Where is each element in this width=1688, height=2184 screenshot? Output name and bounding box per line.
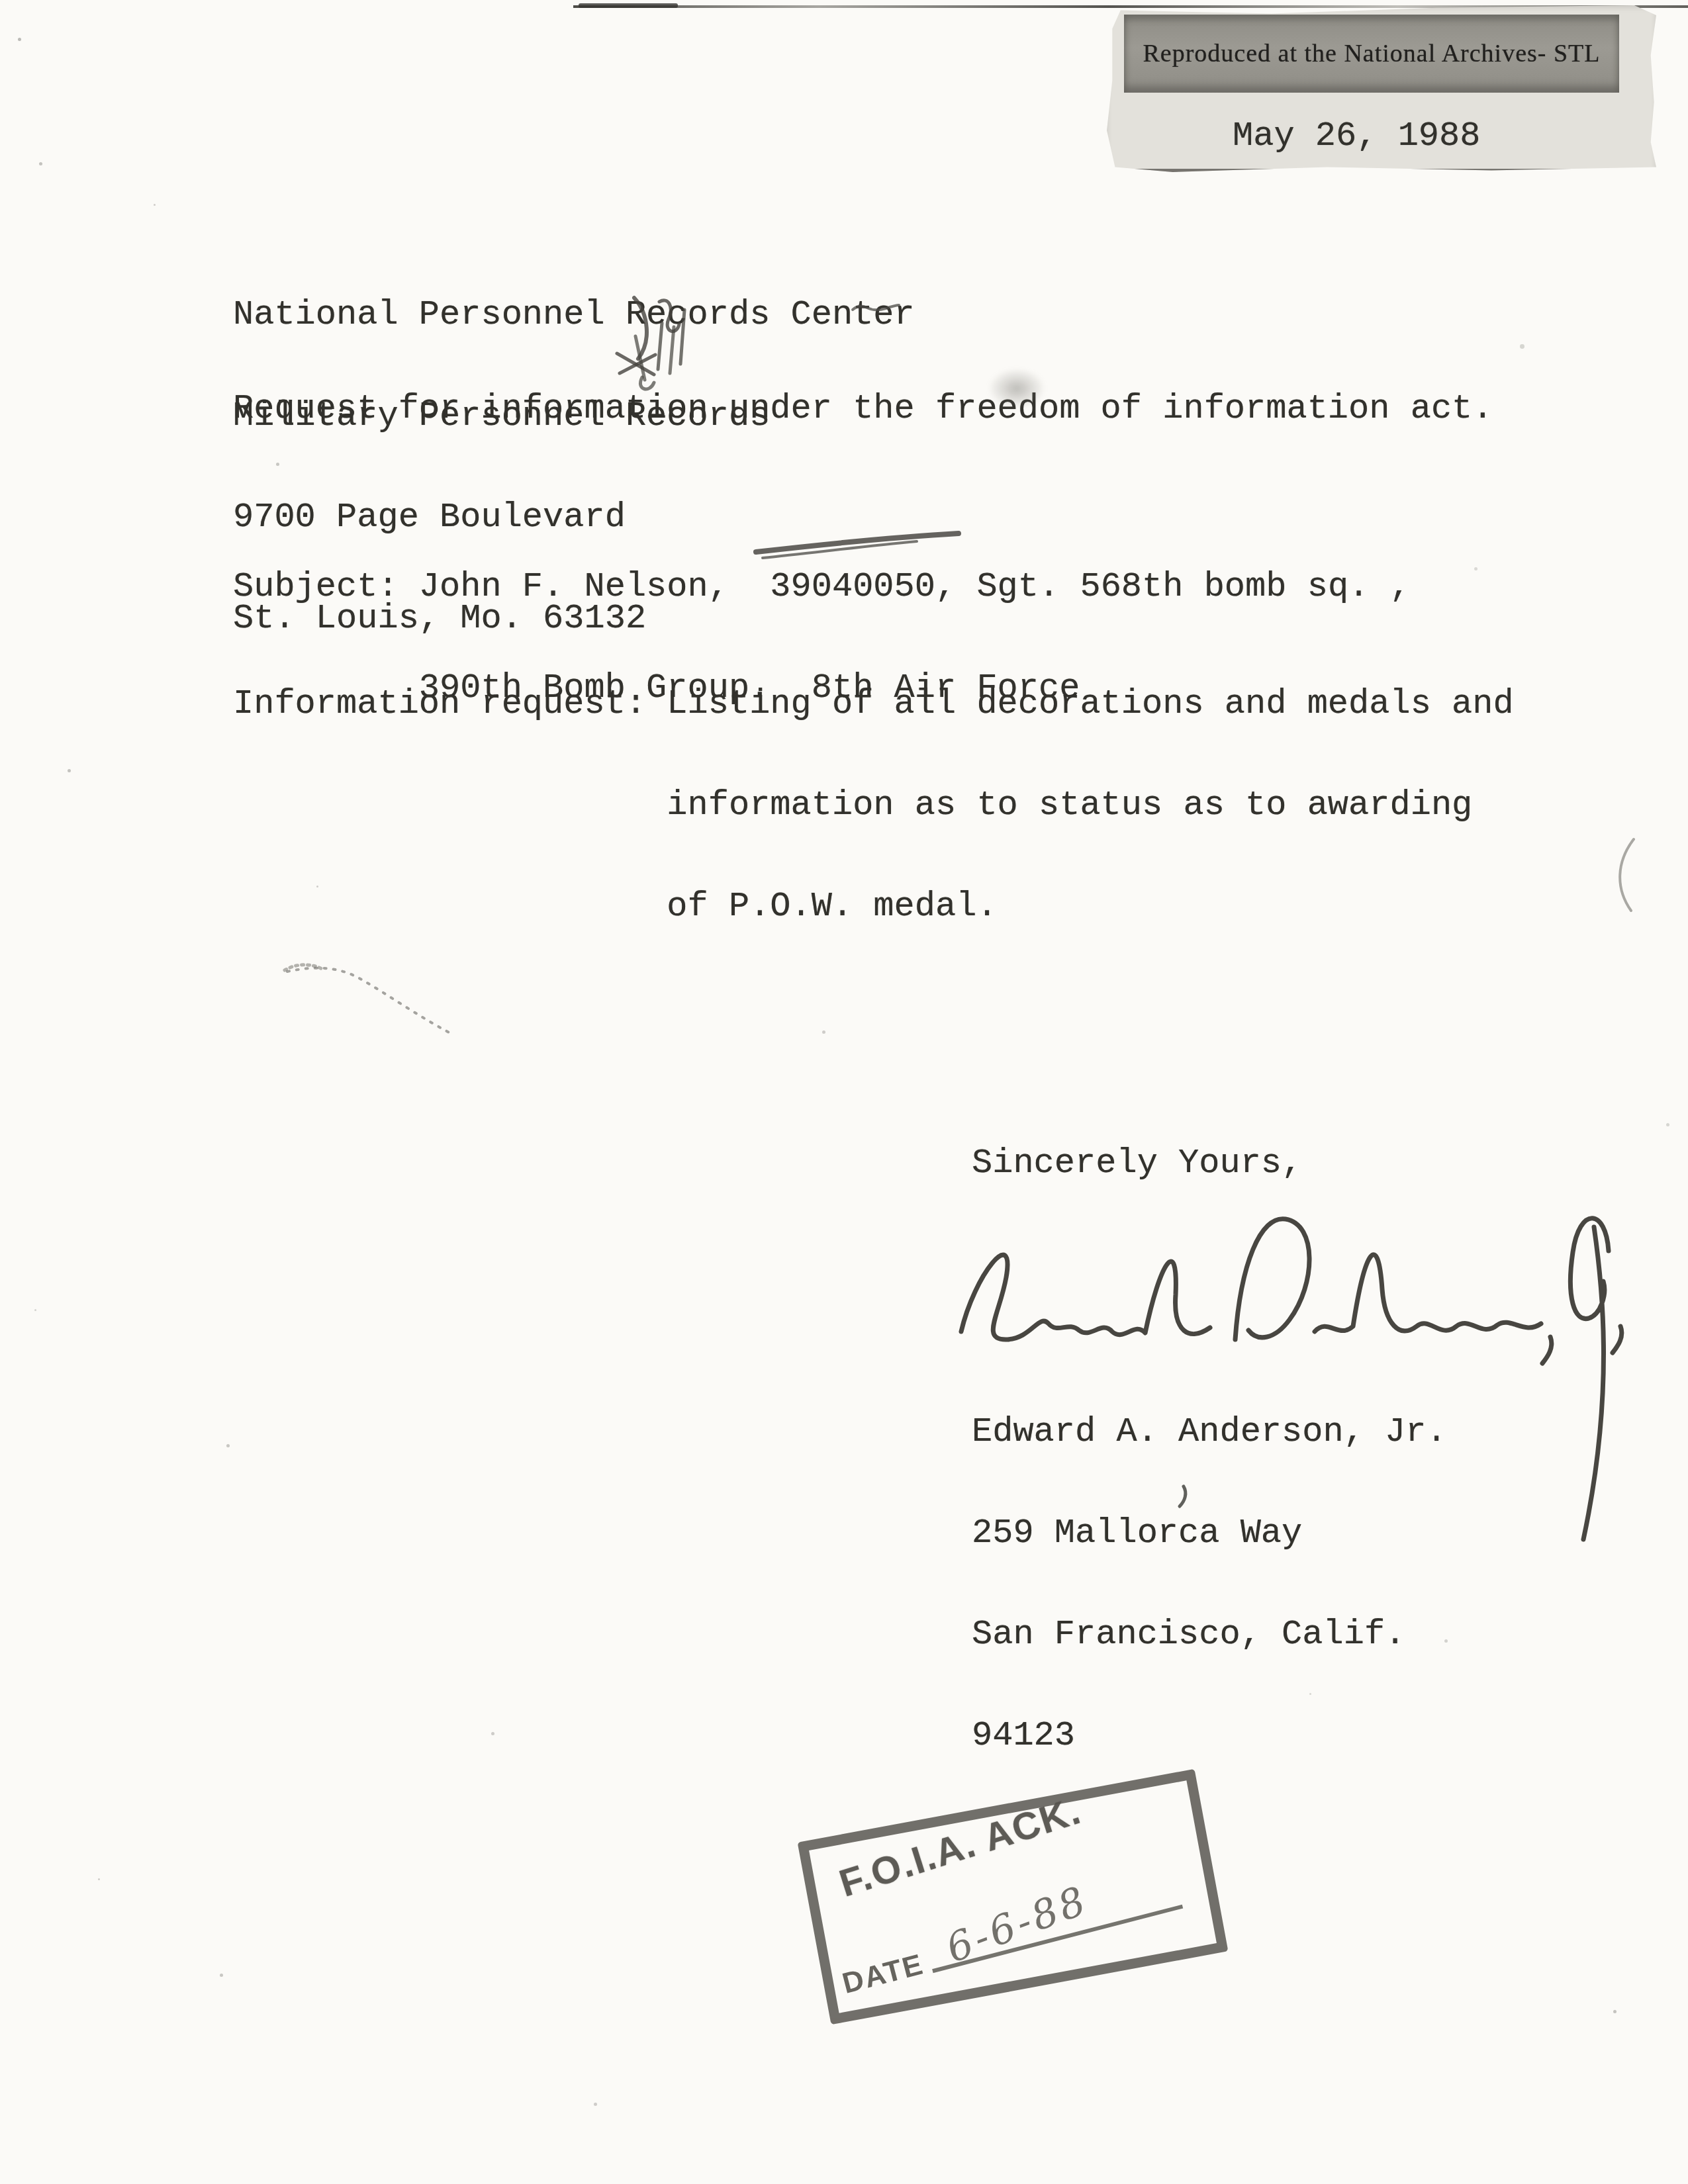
request-line: Request for information under the freedo… bbox=[233, 392, 1493, 426]
info-request-line: of P.O.W. medal. bbox=[233, 889, 1514, 923]
subject-line-1: Subject: John F. Nelson, 39040050, Sgt. … bbox=[233, 570, 1411, 604]
sender-line: 259 Mallorca Way bbox=[972, 1516, 1447, 1550]
sender-line: San Francisco, Calif. bbox=[972, 1617, 1447, 1651]
scanned-letter-page: Reproduced at the National Archives- STL… bbox=[0, 0, 1688, 2184]
foia-date-label: DATE bbox=[839, 1948, 927, 2001]
archive-stamp-text: Reproduced at the National Archives- STL bbox=[1143, 39, 1600, 68]
closing-line: Sincerely Yours, bbox=[972, 1146, 1302, 1180]
subject-suffix: , Sgt. 568th bomb sq. , bbox=[935, 567, 1411, 606]
service-number: 39040050 bbox=[770, 567, 935, 606]
ink-smear bbox=[988, 368, 1046, 409]
archive-stamp-banner: Reproduced at the National Archives- STL bbox=[1124, 15, 1619, 93]
sender-line: 94123 bbox=[972, 1719, 1447, 1752]
foia-ack-stamp: F.O.I.A. ACK. DATE 6-6-88 bbox=[798, 1769, 1229, 2025]
subject-prefix: Subject: John F. Nelson, bbox=[233, 567, 770, 606]
scan-edge-artifact bbox=[579, 3, 678, 8]
stray-arc-mark bbox=[1620, 839, 1634, 911]
info-request-line: information as to status as to awarding bbox=[233, 788, 1514, 822]
letter-date: May 26, 1988 bbox=[1233, 119, 1480, 153]
recipient-line: National Personnel Records Center bbox=[233, 298, 915, 332]
info-request-block: Information request: Listing of all deco… bbox=[233, 619, 1514, 991]
foia-date-handwritten: 6-6-88 bbox=[940, 1877, 1095, 1972]
sender-line: Edward A. Anderson, Jr. bbox=[972, 1415, 1447, 1449]
archive-label: Reproduced at the National Archives- STL… bbox=[1107, 5, 1656, 172]
info-request-line: Information request: Listing of all deco… bbox=[233, 687, 1514, 721]
sender-address-block: Edward A. Anderson, Jr. 259 Mallorca Way… bbox=[972, 1347, 1447, 1820]
scan-speckles bbox=[0, 0, 2, 2]
